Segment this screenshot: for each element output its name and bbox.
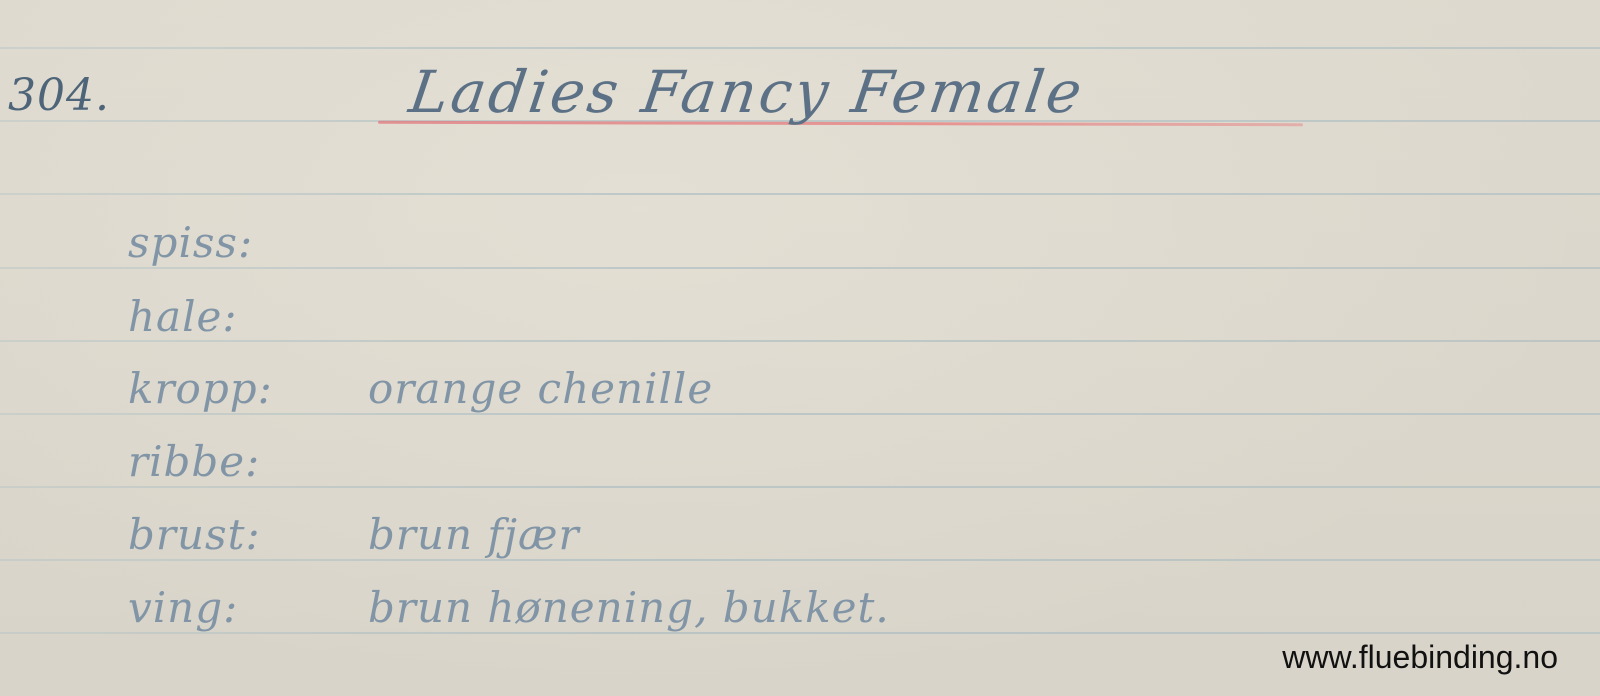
field-label: ving:	[128, 583, 368, 632]
field-label: spiss:	[128, 218, 368, 267]
ruled-line	[0, 193, 1600, 195]
website-watermark: www.fluebinding.no	[1282, 639, 1558, 676]
ruled-line	[0, 486, 1600, 488]
field-label: ribbe:	[128, 437, 368, 486]
field-value: brun hønening, bukket.	[368, 583, 890, 632]
notebook-page: 304. Ladies Fancy Female spiss: hale: kr…	[0, 0, 1600, 696]
field-row-hale: hale:	[128, 292, 368, 341]
field-label: brust:	[128, 510, 368, 559]
ruled-line	[0, 267, 1600, 269]
field-label: kropp:	[128, 364, 368, 413]
field-row-brust: brust:brun fjær	[128, 510, 580, 559]
field-row-kropp: kropp:orange chenille	[128, 364, 713, 413]
ruled-line	[0, 47, 1600, 49]
ruled-line	[0, 559, 1600, 561]
ruled-line	[0, 632, 1600, 634]
field-value: orange chenille	[368, 364, 713, 413]
entry-number: 304.	[8, 70, 110, 121]
field-row-ving: ving:brun hønening, bukket.	[128, 583, 890, 632]
field-row-ribbe: ribbe:	[128, 437, 368, 486]
fly-title: Ladies Fancy Female	[405, 58, 1089, 126]
ruled-line	[0, 413, 1600, 415]
field-value: brun fjær	[368, 510, 580, 559]
field-row-spiss: spiss:	[128, 218, 368, 267]
field-label: hale:	[128, 292, 368, 341]
